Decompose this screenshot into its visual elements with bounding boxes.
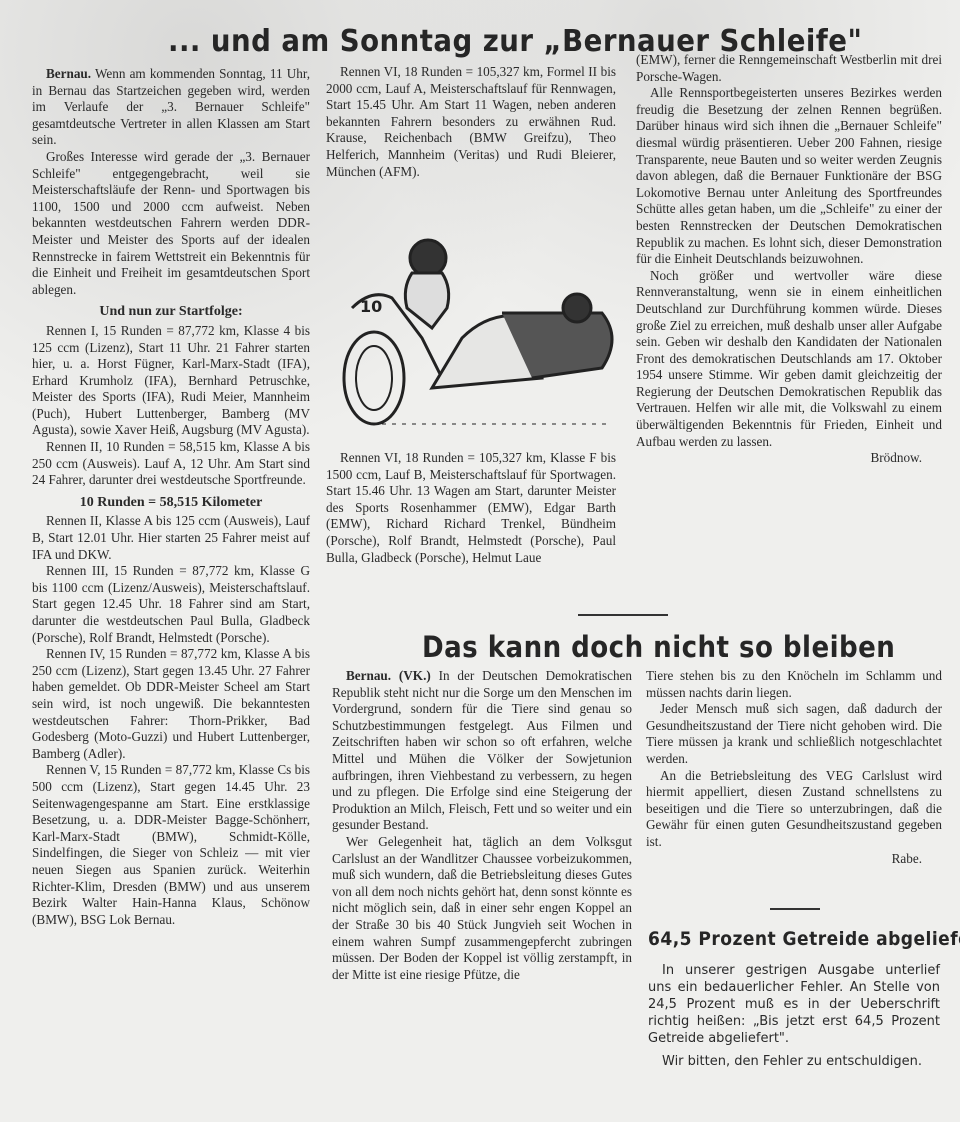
dateline: Bernau. (VK.) [346, 668, 431, 683]
newspaper-page: ... und am Sonntag zur „Bernauer Schleif… [0, 0, 960, 1122]
paragraph: In unserer gestrigen Ausgabe unterlief u… [648, 962, 940, 1047]
paragraph: Rennen IV, 15 Runden = 87,772 km, Klasse… [32, 646, 310, 762]
sidecar-racer-illustration: 10 [332, 228, 628, 434]
paragraph: Wir bitten, den Fehler zu entschuldigen. [648, 1053, 940, 1070]
paragraph: Noch größer und wertvoller wäre diese Re… [636, 268, 942, 451]
paragraph: Rennen VI, 18 Runden = 105,327 km, Forme… [326, 64, 616, 180]
article1-column-2-top: Rennen VI, 18 Runden = 105,327 km, Forme… [326, 64, 616, 180]
article1-column-3: (EMW), ferner die Renngemeinschaft Westb… [636, 52, 942, 467]
paragraph: Rennen VI, 18 Runden = 105,327 km, Klass… [326, 450, 616, 566]
paragraph: Jeder Mensch muß sich sagen, daß dadurch… [646, 701, 942, 767]
article1-column-1: Bernau. Wenn am kommenden Sonntag, 11 Uh… [32, 66, 310, 928]
paragraph: Rennen V, 15 Runden = 87,772 km, Klasse … [32, 762, 310, 928]
article1-column-2-bottom: Rennen VI, 18 Runden = 105,327 km, Klass… [326, 450, 616, 566]
divider-rule [578, 614, 668, 616]
paragraph: Tiere stehen bis zu den Knöcheln im Schl… [646, 668, 942, 701]
paragraph: Alle Rennsportbegeisterten unseres Bezir… [636, 85, 942, 268]
paragraph: In der Deutschen Demokratischen Republik… [332, 668, 632, 832]
paragraph: Großes Interesse wird gerade der „3. Ber… [32, 149, 310, 298]
article2-column-2: Tiere stehen bis zu den Knöcheln im Schl… [646, 668, 942, 867]
author-signature: Brödnow. [636, 450, 942, 467]
subheading-10-runden: 10 Runden = 58,515 Kilometer [32, 495, 310, 512]
article2-column-1: Bernau. (VK.) In der Deutschen Demokrati… [332, 668, 632, 983]
article2-headline: Das kann doch nicht so bleiben [422, 630, 895, 664]
author-signature: Rabe. [646, 851, 942, 868]
paragraph: (EMW), ferner die Renngemeinschaft Westb… [636, 52, 942, 85]
dateline: Bernau. [46, 66, 91, 81]
article3-headline: 64,5 Prozent Getreide abgeliefert [648, 928, 960, 950]
paragraph: An die Betriebsleitung des VEG Carlslust… [646, 768, 942, 851]
race-number-label: 10 [360, 297, 382, 316]
paragraph: Rennen I, 15 Runden = 87,772 km, Klasse … [32, 323, 310, 439]
subheading-startfolge: Und nun zur Startfolge: [32, 304, 310, 321]
article3-body: In unserer gestrigen Ausgabe unterlief u… [648, 962, 940, 1070]
paragraph: Wer Gelegenheit hat, täglich an dem Volk… [332, 834, 632, 983]
sidecar-motorcycle-icon: 10 [332, 228, 628, 434]
divider-rule [770, 908, 820, 910]
paragraph: Rennen III, 15 Runden = 87,772 km, Klass… [32, 563, 310, 646]
paragraph: Rennen II, Klasse A bis 125 ccm (Ausweis… [32, 513, 310, 563]
paragraph: Rennen II, 10 Runden = 58,515 km, Klasse… [32, 439, 310, 489]
